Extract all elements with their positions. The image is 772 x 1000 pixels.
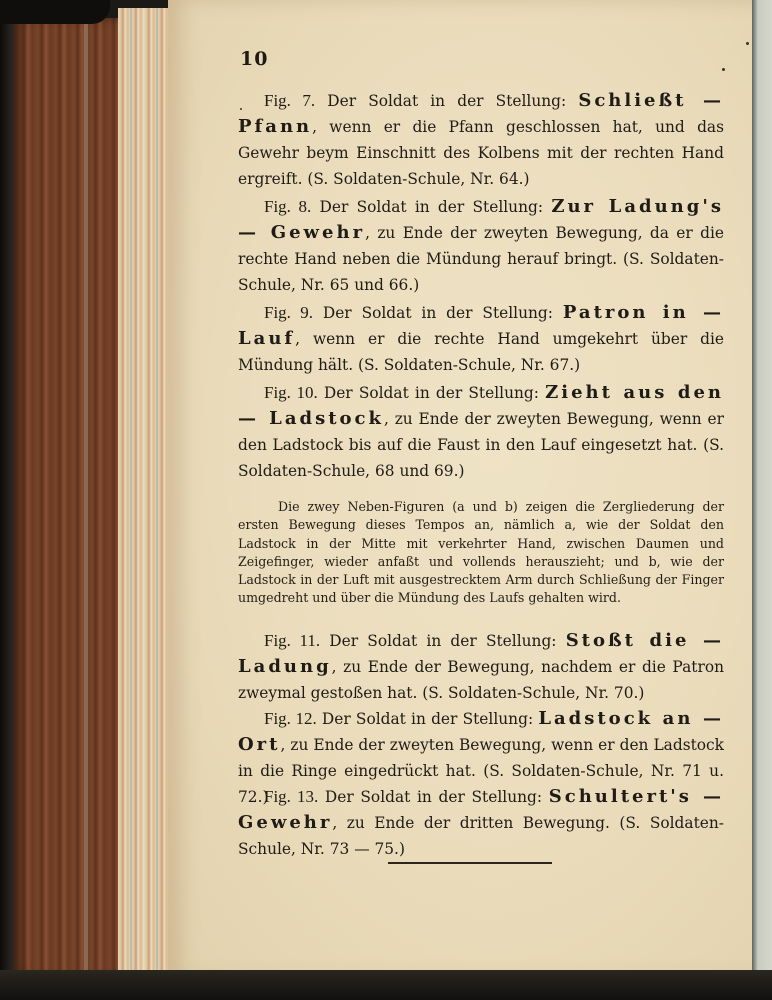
figure-label: Fig. 11.: [264, 631, 320, 650]
note-text: Die zwey Neben-Figuren (a und b) zeigen …: [238, 499, 724, 605]
figure-caption-8: Fig. 8. Der Soldat in der Stellung: Zur …: [238, 194, 724, 298]
caption-lead: Der Soldat in der Stellung:: [317, 710, 539, 728]
figure-caption-13: Fig. 13. Der Soldat in der Stellung: Sch…: [238, 784, 724, 862]
figure-label: Fig. 7.: [264, 91, 315, 110]
caption-body: , wenn er die rechte Hand umgekehrt über…: [238, 330, 724, 374]
edge-line: [156, 8, 158, 980]
page-right-edge: [752, 0, 772, 975]
caption-lead: Der Soldat in der Stellung:: [315, 92, 578, 110]
figure-caption-9: Fig. 9. Der Soldat in der Stellung: Patr…: [238, 300, 724, 378]
book-cover-bottom: [0, 970, 772, 1000]
figure-caption-7: Fig. 7. Der Soldat in der Stellung: Schl…: [238, 88, 724, 192]
figure-caption-10: Fig. 10. Der Soldat in der Stellung: Zie…: [238, 380, 724, 484]
edge-line: [130, 8, 132, 980]
paper-speck: [722, 68, 725, 71]
figure-label: Fig. 8.: [264, 197, 311, 216]
caption-lead: Der Soldat in der Stellung:: [313, 304, 563, 322]
side-figures-note: Die zwey Neben-Figuren (a und b) zeigen …: [238, 498, 724, 608]
edge-sheen: [84, 18, 88, 978]
page-fore-edge: [14, 18, 122, 978]
section-end-rule: [388, 862, 552, 864]
paper-speck: [746, 42, 749, 45]
page-edges-light: [118, 8, 170, 984]
caption-lead: Der Soldat in der Stellung:: [318, 384, 545, 402]
figure-label: Fig. 13.: [264, 787, 318, 806]
caption-lead: Der Soldat in der Stellung:: [311, 198, 551, 216]
book-cover-top: [0, 0, 110, 24]
caption-lead: Der Soldat in der Stellung:: [320, 632, 566, 650]
figure-label: Fig. 10.: [264, 383, 318, 402]
figure-caption-11: Fig. 11. Der Soldat in der Stellung: Sto…: [238, 628, 724, 706]
caption-lead: Der Soldat in der Stellung:: [318, 788, 549, 806]
figure-label: Fig. 12.: [264, 709, 317, 728]
page-number: 10: [240, 48, 268, 70]
figure-label: Fig. 9.: [264, 303, 313, 322]
